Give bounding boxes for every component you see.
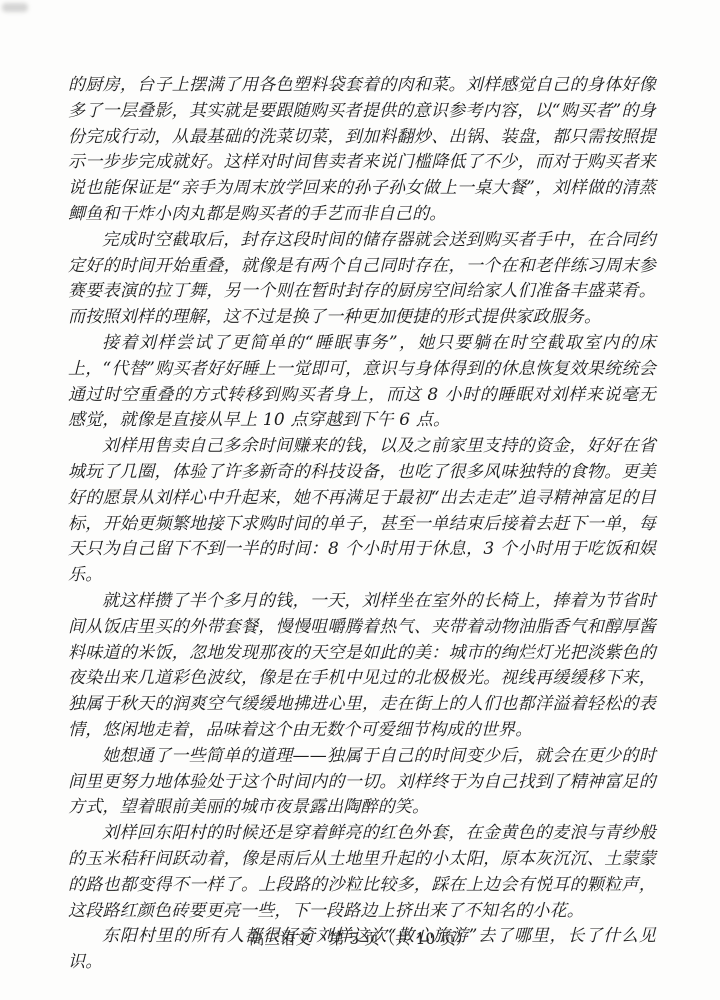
paragraph: 就这样攒了半个多月的钱，一天，刘样坐在室外的长椅上，捧着为节省时间从饭店里买的外… — [68, 589, 656, 744]
paragraph: 刘样回东阳村的时候还是穿着鲜亮的红色外套，在金黄色的麦浪与青纱般的玉米秸秆间跃动… — [68, 821, 656, 924]
paragraph: 刘样用售卖自己多余时间赚来的钱，以及之前家里支持的资金，好好在省城玩了几圈，体验… — [68, 434, 656, 589]
paragraph: 的厨房，台子上摆满了用各色塑料袋套着的肉和菜。刘样感觉自己的身体好像多了一层叠影… — [68, 73, 656, 228]
passage-text: 的厨房，台子上摆满了用各色塑料袋套着的肉和菜。刘样感觉自己的身体好像多了一层叠影… — [68, 73, 656, 976]
exam-page: 的厨房，台子上摆满了用各色塑料袋套着的肉和菜。刘样感觉自己的身体好像多了一层叠影… — [0, 0, 720, 1000]
scan-smudge-artifact — [2, 3, 28, 12]
page-footer: 高三语文第 5 页（共 10 页） — [0, 927, 720, 949]
paragraph: 接着刘样尝试了更简单的“睡眠事务”，她只要躺在时空截取室内的床上，“代替”购买者… — [68, 331, 656, 434]
paragraph: 她想通了一些简单的道理——独属于自己的时间变少后，就会在更少的时间里更努力地体验… — [68, 744, 656, 821]
footer-course-label: 高三语文 — [249, 930, 311, 948]
paragraph: 完成时空截取后，封存这段时间的储存器就会送到购买者手中，在合同约定好的时间开始重… — [68, 228, 656, 331]
footer-page-number: 第 5 页（共 10 页） — [329, 930, 471, 948]
